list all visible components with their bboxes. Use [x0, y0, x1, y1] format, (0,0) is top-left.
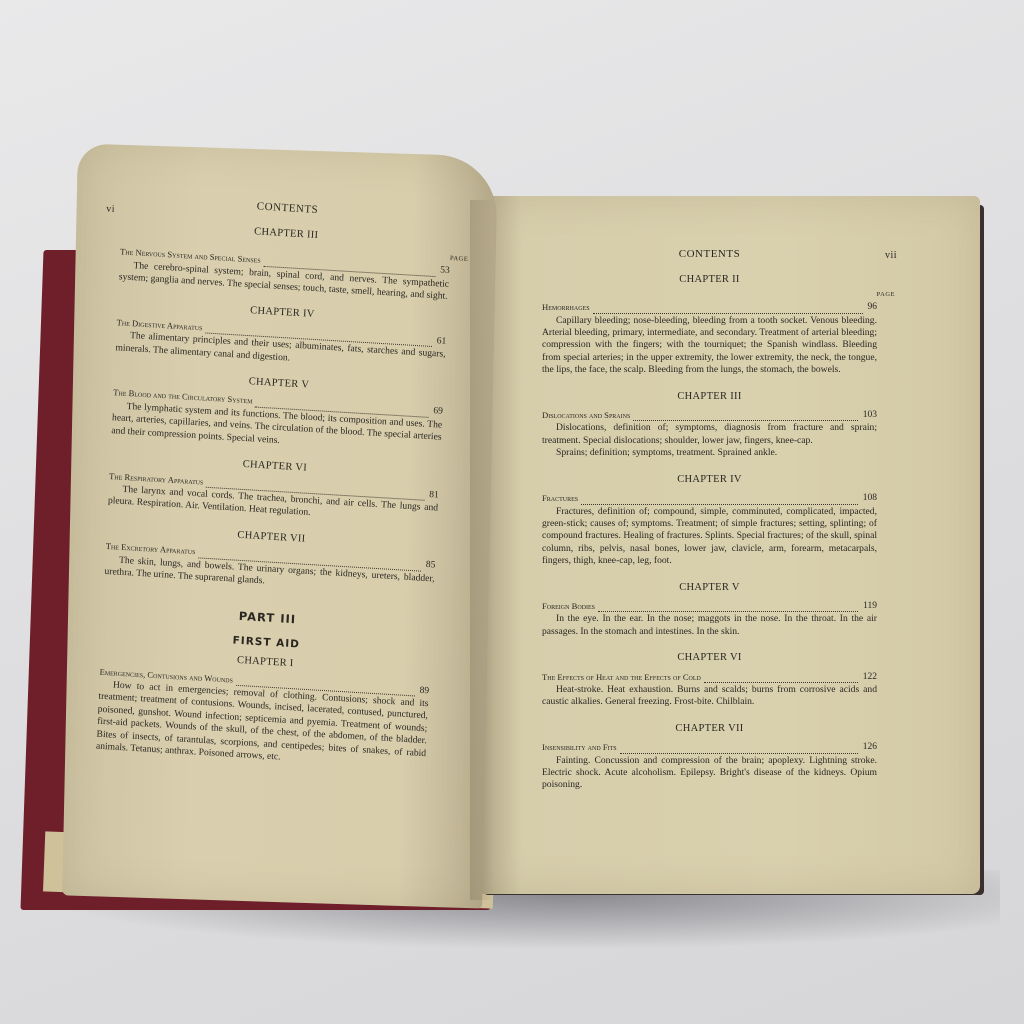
entry-page-number: 126 [863, 741, 877, 753]
chapter-heading: CHAPTER VI [542, 652, 877, 664]
dot-leader [581, 497, 858, 505]
running-head-text: CONTENTS [257, 200, 319, 216]
entry-title-line: Fractures 108 [542, 492, 877, 504]
running-head-right: CONTENTS vii [542, 248, 877, 260]
toc-entry: CHAPTER VI The Effects of Heat and the E… [542, 652, 877, 709]
chapter-heading: CHAPTER III [542, 391, 877, 403]
entry-page-number: 119 [863, 600, 877, 612]
entry-page-number: 108 [863, 492, 877, 504]
dot-leader [593, 306, 863, 314]
left-page-content: vi CONTENTS CHAPTER III PAGE The Nervous… [95, 192, 453, 786]
toc-entry: CHAPTER V Foreign Bodies 119 In the eye.… [542, 582, 877, 639]
toc-entry: CHAPTER V The Blood and the Circulatory … [111, 368, 444, 457]
entry-description: Heat-stroke. Heat exhaustion. Burns and … [542, 684, 877, 709]
entry-title: Dislocations and Sprains [542, 409, 630, 421]
entry-page-number: 53 [440, 265, 450, 278]
entry-title-line: Insensibility and Fits 126 [542, 741, 877, 753]
chapter-heading: CHAPTER VII [542, 723, 877, 735]
book-gutter [470, 200, 494, 900]
entry-description: Capillary bleeding; nose-bleeding, bleed… [542, 315, 877, 377]
dot-leader [704, 675, 858, 683]
toc-entry: CHAPTER I Emergencies, Contusions and Wo… [96, 647, 431, 773]
page-column-label: PAGE [542, 289, 895, 301]
entry-title-line: Dislocations and Sprains 103 [542, 409, 877, 421]
chapter-heading: CHAPTER V [542, 582, 877, 594]
entry-page-number: 103 [863, 409, 877, 421]
toc-entry: CHAPTER IV The Digestive Apparatus 61 Th… [115, 298, 447, 374]
entry-page-number: 96 [868, 301, 878, 313]
entry-title: Fractures [542, 492, 578, 504]
folio-number: vii [885, 250, 897, 262]
entry-title: Insensibility and Fits [542, 741, 617, 753]
entry-description: Dislocations, definition of; symptoms, d… [542, 422, 877, 447]
entry-title-line: Hemorrhages 96 [542, 301, 877, 313]
entry-description: Fainting. Concussion and compression of … [542, 755, 877, 792]
dot-leader [598, 604, 858, 612]
entry-description: In the eye. In the ear. In the nose; mag… [542, 613, 877, 638]
left-page: vi CONTENTS CHAPTER III PAGE The Nervous… [62, 143, 498, 908]
entry-title-line: The Effects of Heat and the Effects of C… [542, 671, 877, 683]
folio-number: vi [106, 203, 115, 216]
dot-leader [620, 746, 858, 754]
chapter-heading: CHAPTER II [542, 274, 877, 286]
toc-entry: CHAPTER III Dislocations and Sprains 103… [542, 391, 877, 460]
toc-entry: CHAPTER VI The Respiratory Apparatus 81 … [108, 451, 440, 527]
toc-entry: CHAPTER IV Fractures 108 Fractures, defi… [542, 474, 877, 568]
entry-page-number: 85 [425, 559, 435, 572]
toc-entry: CHAPTER VII The Excretory Apparatus 85 T… [104, 522, 436, 598]
dot-leader [633, 413, 857, 421]
toc-entry: CHAPTER VII Insensibility and Fits 126 F… [542, 723, 877, 792]
right-page: CONTENTS vii CHAPTER II PAGE Hemorrhages… [482, 196, 980, 894]
entry-title-line: Foreign Bodies 119 [542, 600, 877, 612]
toc-entry: CHAPTER III PAGE The Nervous System and … [119, 219, 452, 304]
running-head-left: vi CONTENTS [122, 192, 452, 224]
right-page-content: CONTENTS vii CHAPTER II PAGE Hemorrhages… [542, 248, 877, 806]
entry-page-number: 61 [436, 335, 446, 348]
entry-page-number: 81 [429, 489, 439, 502]
running-head-text: CONTENTS [679, 248, 740, 260]
chapter-heading: CHAPTER IV [542, 474, 877, 486]
entry-title: Hemorrhages [542, 301, 590, 313]
entry-description-secondary: Sprains; definition; symptoms, treatment… [542, 447, 877, 459]
entry-page-number: 69 [433, 406, 443, 419]
entry-page-number: 122 [863, 671, 877, 683]
entry-title: Foreign Bodies [542, 600, 595, 612]
entry-title: The Effects of Heat and the Effects of C… [542, 671, 701, 683]
entry-description: Fractures, definition of; compound, simp… [542, 506, 877, 568]
entry-page-number: 89 [419, 684, 429, 697]
toc-entry: CHAPTER II PAGE Hemorrhages 96 Capillary… [542, 274, 877, 376]
